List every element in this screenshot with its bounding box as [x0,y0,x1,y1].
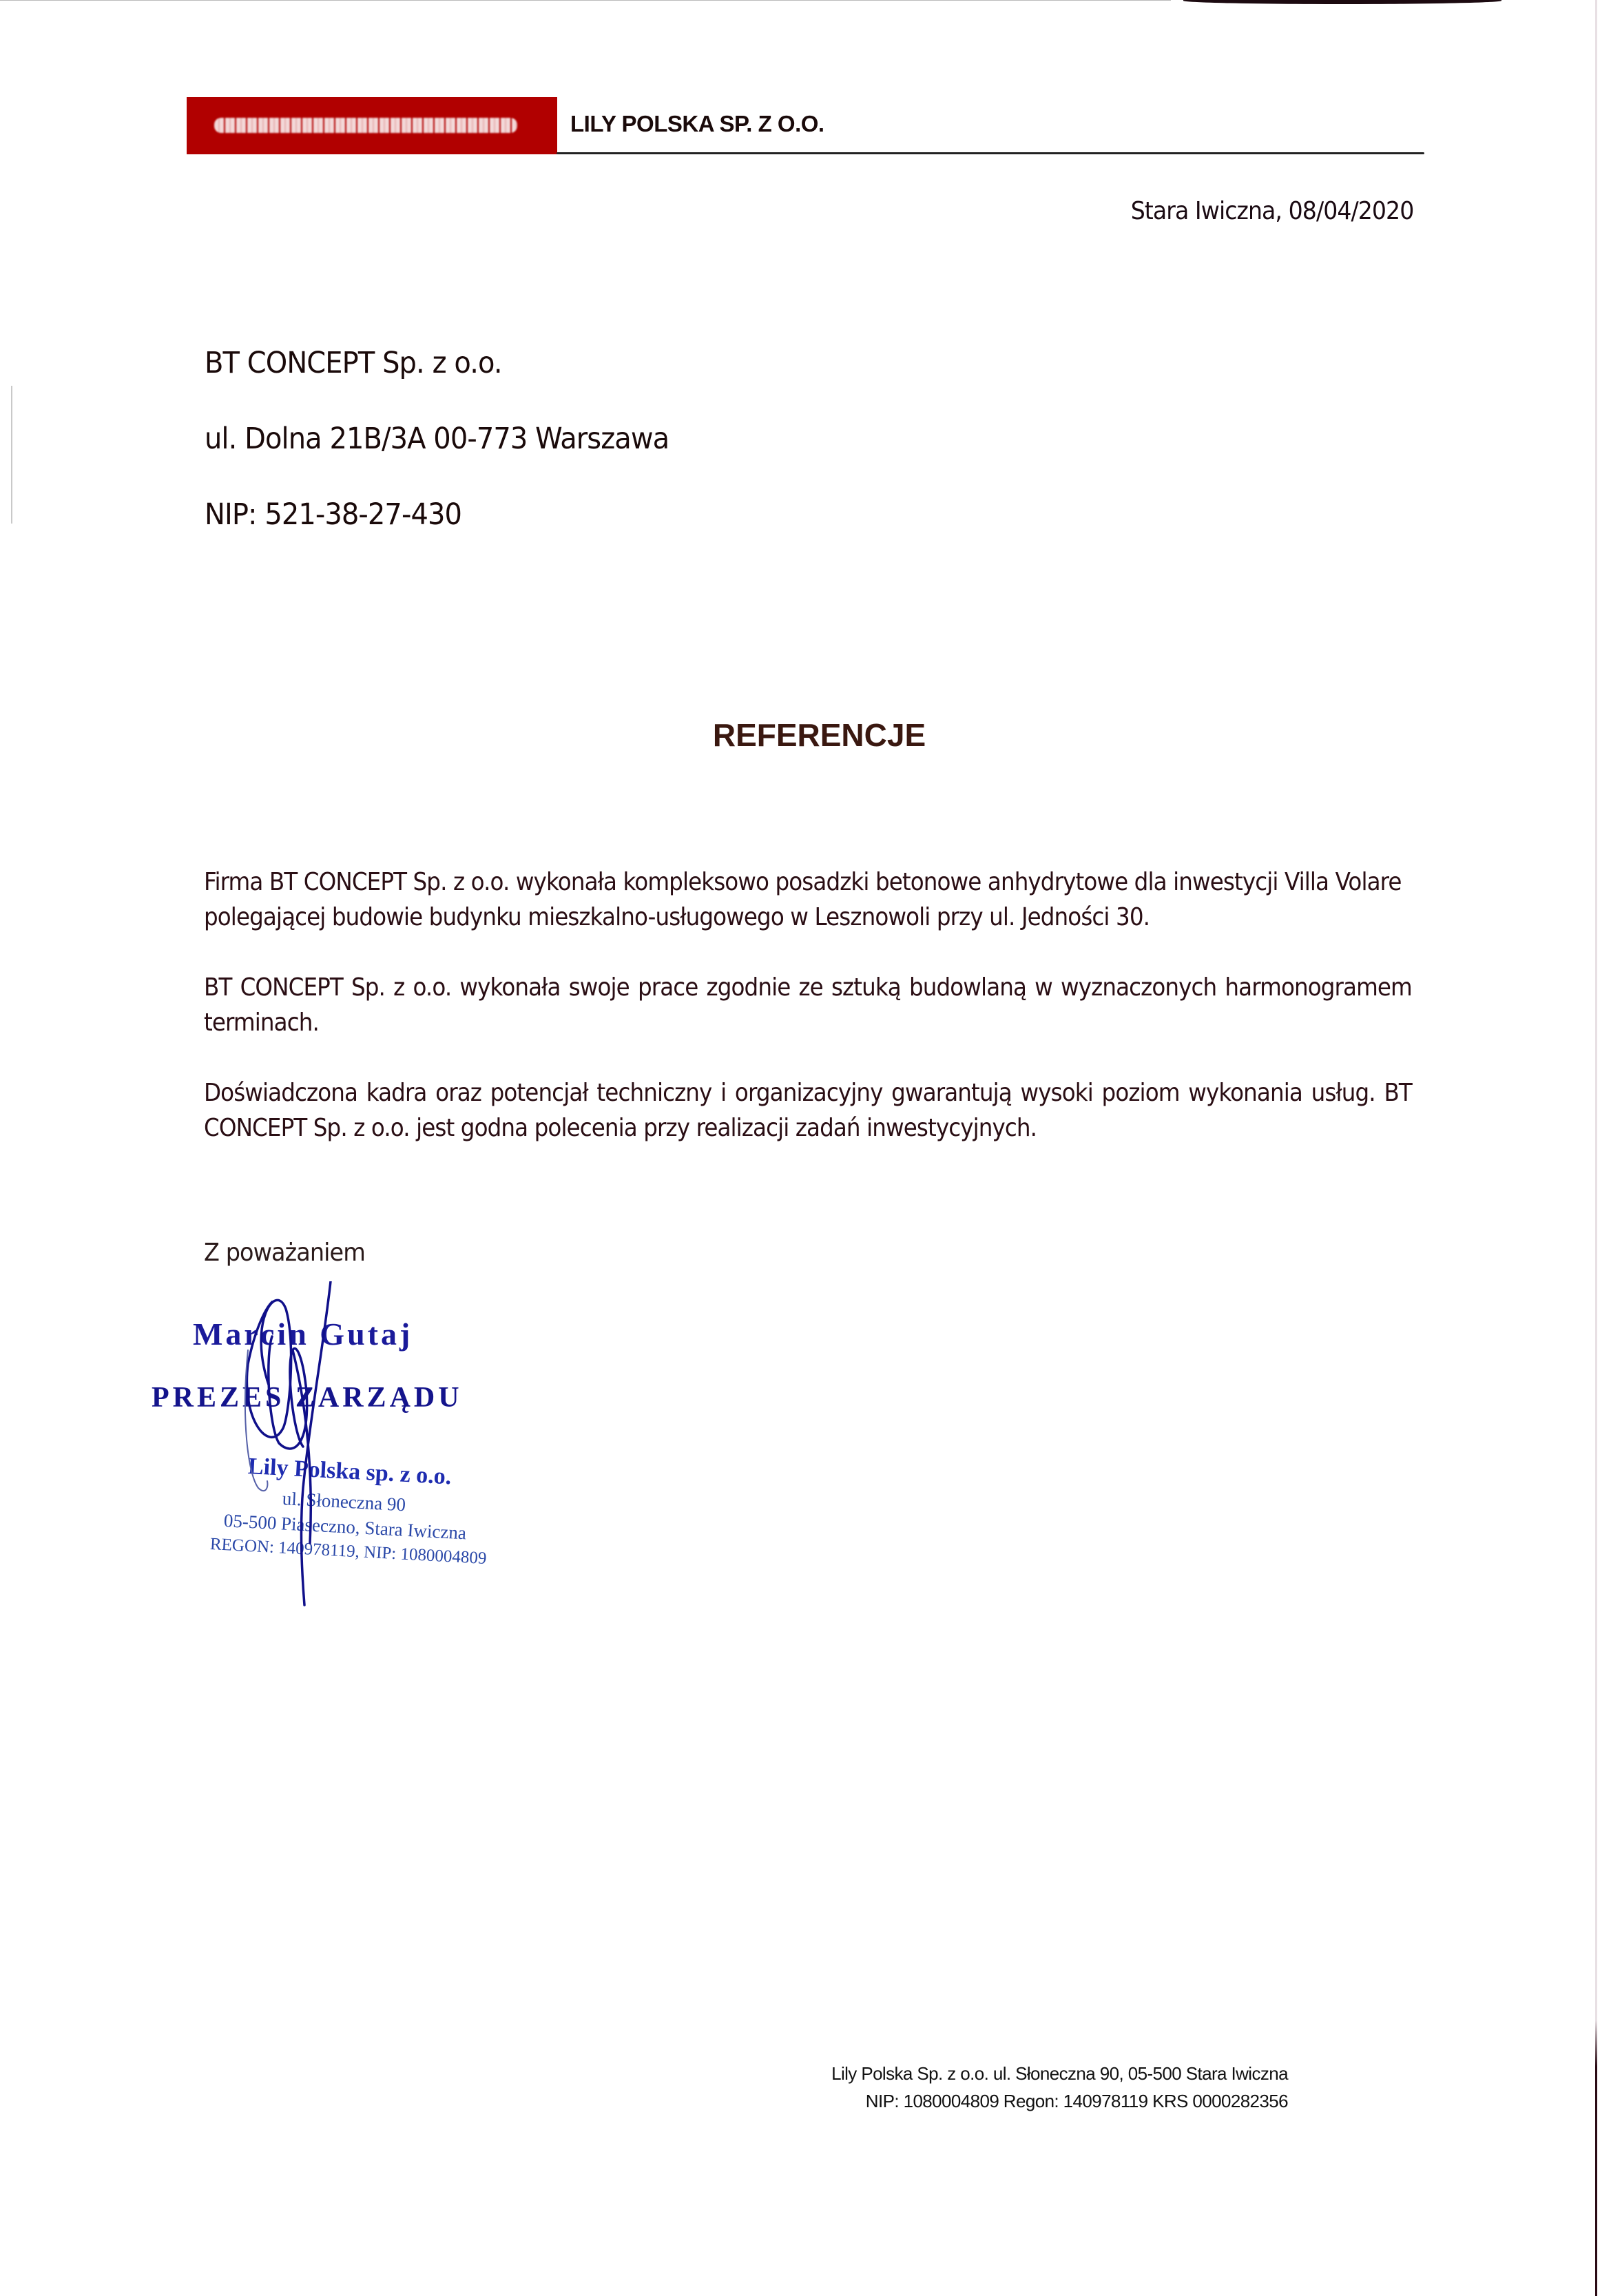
footer-address-line: Lily Polska Sp. z o.o. ul. Słoneczna 90,… [744,2060,1288,2087]
body-paragraph: BT CONCEPT Sp. z o.o. wykonała swoje pra… [204,970,1412,1040]
letterhead-company-name: LILY POLSKA SP. Z O.O. [570,111,824,137]
place-and-date: Stara Iwiczna, 08/04/2020 [1130,197,1413,225]
letterhead-footer: Lily Polska Sp. z o.o. ul. Słoneczna 90,… [744,2060,1288,2115]
logo-mark [214,118,517,133]
scan-mark-left [11,386,12,524]
letterhead-rule [557,152,1424,154]
document-title: REFERENCJE [0,716,1611,754]
scan-edge-right [1595,0,1597,2296]
recipient-name: BT CONCEPT Sp. z o.o. [205,346,502,380]
letterhead-logo-band [187,97,557,154]
body-paragraph: Doświadczona kadra oraz potencjał techni… [204,1075,1412,1146]
company-stamp: Marcin Gutaj PREZES ZARZĄDU Lily Polska … [145,1281,530,1612]
scan-shadow-top [1183,0,1501,4]
document-title-text: REFERENCJE [713,716,926,754]
footer-registry-line: NIP: 1080004809 Regon: 140978119 KRS 000… [744,2087,1288,2115]
body-paragraph: Firma BT CONCEPT Sp. z o.o. wykonała kom… [204,865,1412,935]
recipient-address: ul. Dolna 21B/3A 00-773 Warszawa [205,422,669,456]
stamp-company-name: Lily Polska sp. z o.o. [247,1454,452,1490]
stamp-signatory-name: Marcin Gutaj [193,1316,413,1352]
stamp-signatory-role: PREZES ZARZĄDU [152,1381,463,1414]
stamp-address-line: ul. Słoneczna 90 [282,1488,406,1516]
recipient-nip: NIP: 521-38-27-430 [205,497,461,532]
scan-edge-top [0,0,1171,1]
closing-salutation: Z poważaniem [204,1239,365,1267]
